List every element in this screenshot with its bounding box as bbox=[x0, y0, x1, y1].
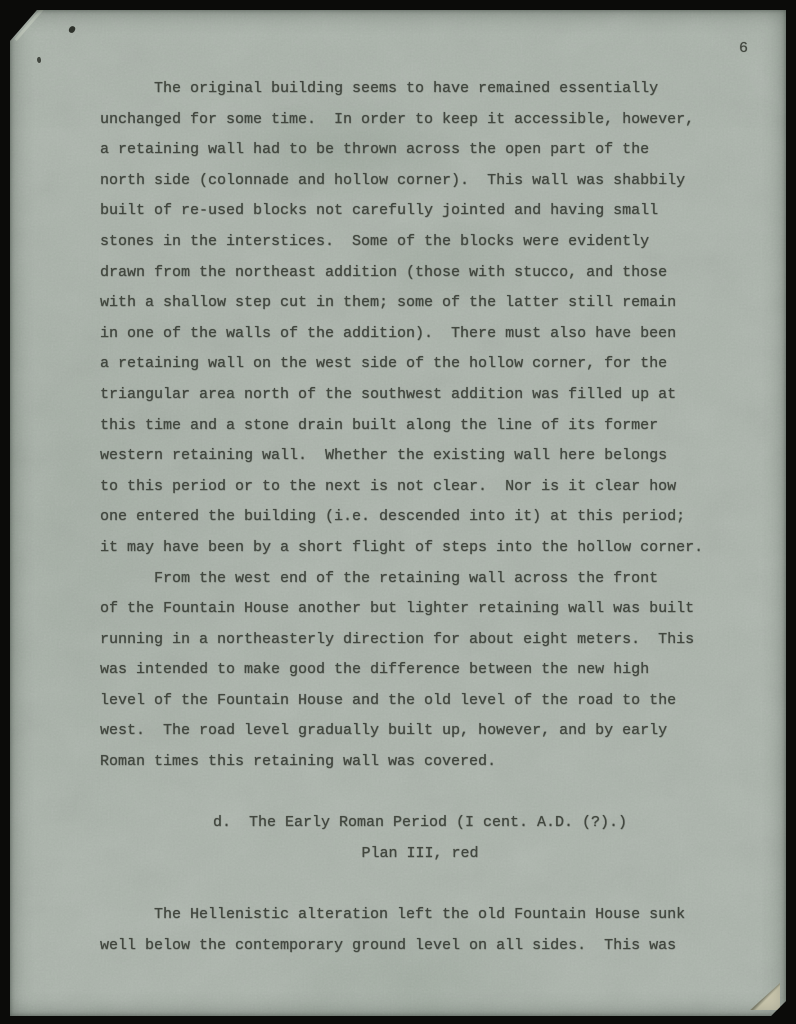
text-line: stones in the interstices. Some of the b… bbox=[100, 227, 740, 258]
blank-line bbox=[100, 778, 740, 809]
text-line: to this period or to the next is not cle… bbox=[100, 472, 740, 503]
text-line: unchanged for some time. In order to kee… bbox=[100, 105, 740, 136]
text-line: running in a northeasterly direction for… bbox=[100, 625, 740, 656]
text-line: with a shallow step cut in them; some of… bbox=[100, 288, 740, 319]
ink-speck bbox=[68, 25, 76, 34]
folded-corner bbox=[750, 983, 780, 1010]
text-line: From the west end of the retaining wall … bbox=[100, 564, 740, 595]
text-line: Roman times this retaining wall was cove… bbox=[100, 747, 740, 778]
text-line: The original building seems to have rema… bbox=[100, 74, 740, 105]
text-line: a retaining wall on the west side of the… bbox=[100, 349, 740, 380]
text-line: this time and a stone drain built along … bbox=[100, 411, 740, 442]
clipped-corner-edge bbox=[14, 6, 45, 41]
text-body: The original building seems to have rema… bbox=[100, 74, 740, 961]
text-line: was intended to make good the difference… bbox=[100, 655, 740, 686]
text-line: well below the contemporary ground level… bbox=[100, 931, 740, 962]
text-line: level of the Fountain House and the old … bbox=[100, 686, 740, 717]
text-line: in one of the walls of the addition). Th… bbox=[100, 319, 740, 350]
heading-line: Plan III, red bbox=[100, 839, 740, 870]
text-line: western retaining wall. Whether the exis… bbox=[100, 441, 740, 472]
text-line: of the Fountain House another but lighte… bbox=[100, 594, 740, 625]
page-number: 6 bbox=[739, 40, 748, 57]
text-line: The Hellenistic alteration left the old … bbox=[100, 900, 740, 931]
document-page: 6 The original building seems to have re… bbox=[10, 10, 786, 1016]
text-line: north side (colonnade and hollow corner)… bbox=[100, 166, 740, 197]
text-line: west. The road level gradually built up,… bbox=[100, 716, 740, 747]
text-line: built of re-used blocks not carefully jo… bbox=[100, 196, 740, 227]
text-line: triangular area north of the southwest a… bbox=[100, 380, 740, 411]
text-line: a retaining wall had to be thrown across… bbox=[100, 135, 740, 166]
text-line: it may have been by a short flight of st… bbox=[100, 533, 740, 564]
text-line: drawn from the northeast addition (those… bbox=[100, 258, 740, 289]
heading-line: d. The Early Roman Period (I cent. A.D. … bbox=[100, 808, 740, 839]
ink-speck bbox=[36, 57, 41, 64]
text-line: one entered the building (i.e. descended… bbox=[100, 502, 740, 533]
photograph-background: 6 The original building seems to have re… bbox=[0, 0, 796, 1024]
blank-line bbox=[100, 869, 740, 900]
